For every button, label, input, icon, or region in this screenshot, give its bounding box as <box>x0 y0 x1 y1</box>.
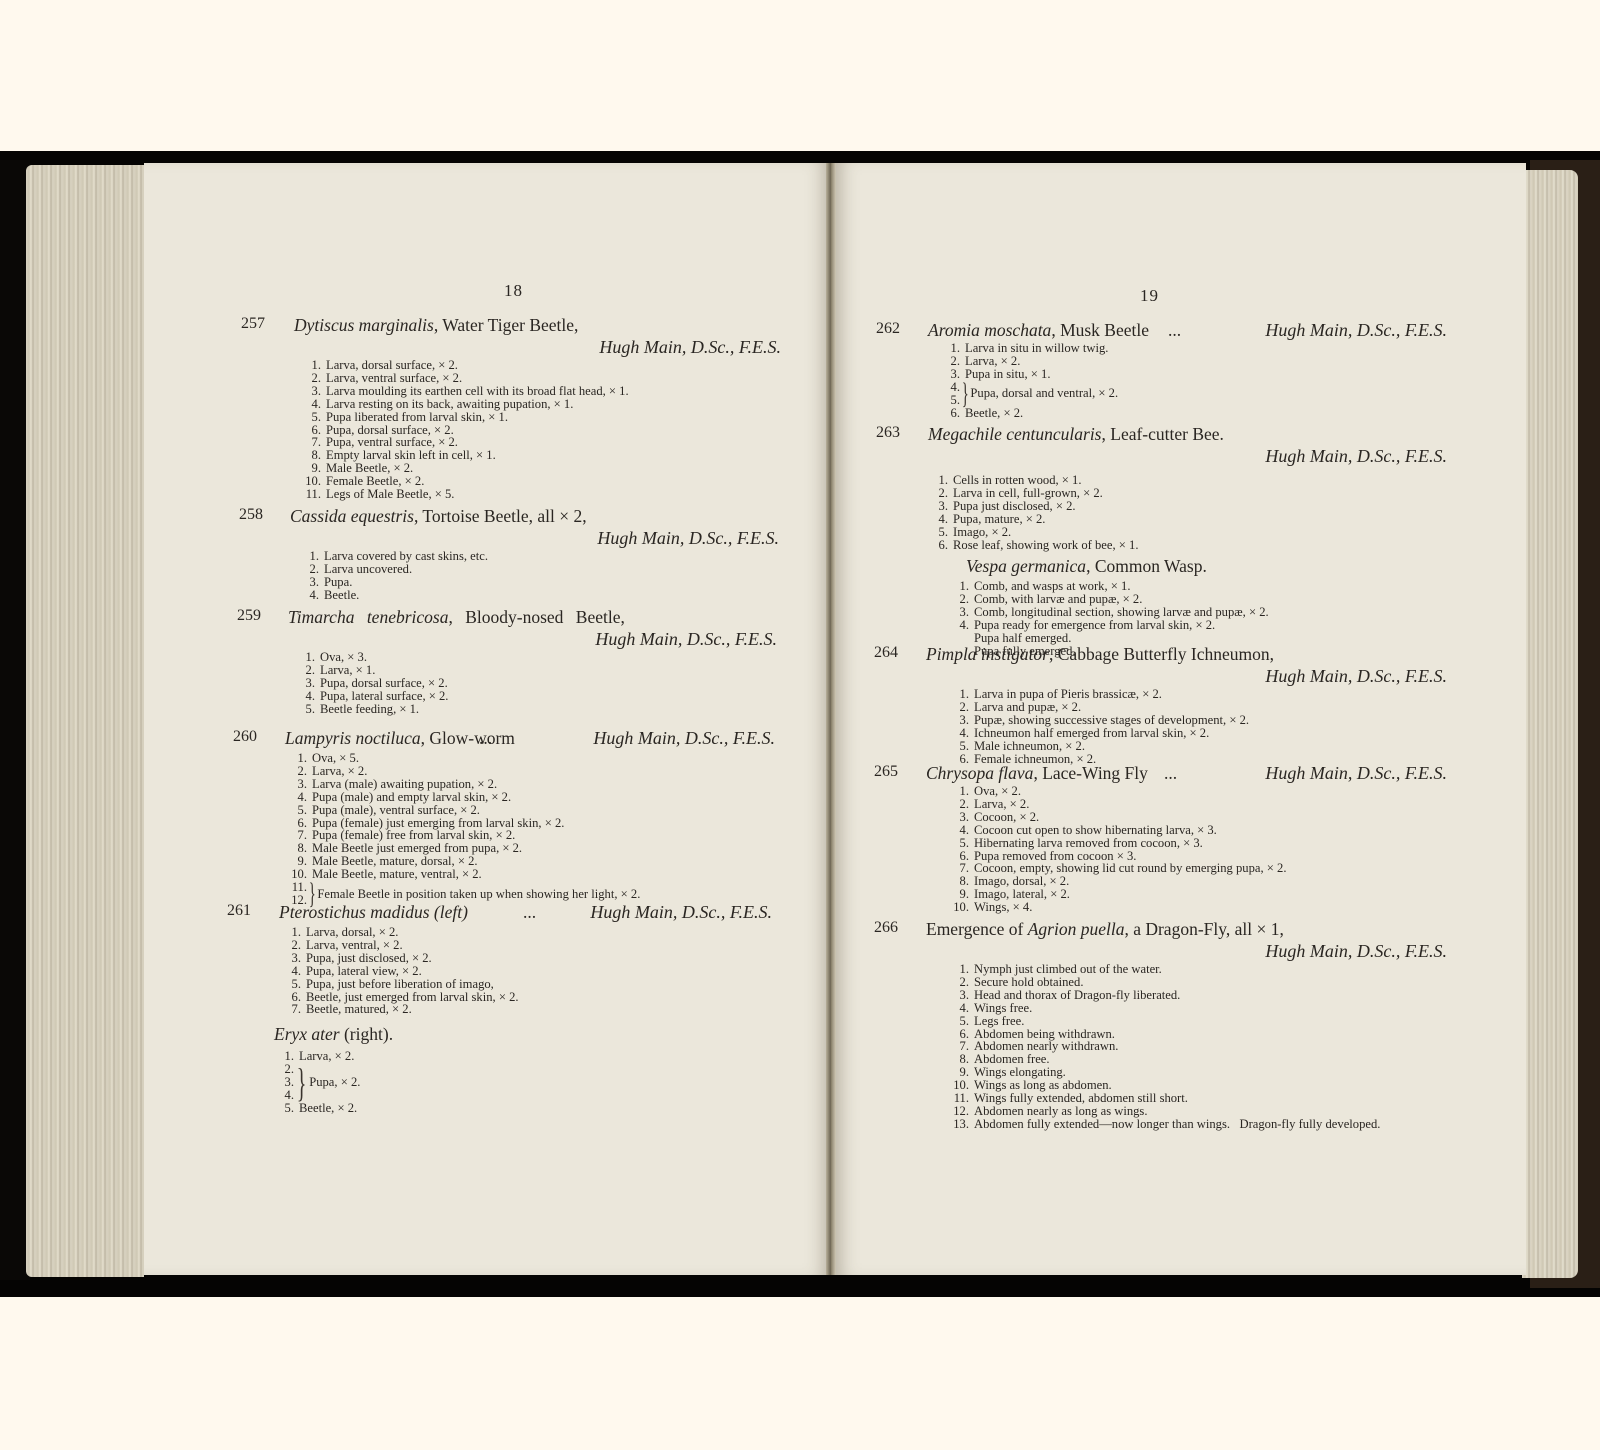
common-name: (right). <box>340 1024 393 1044</box>
species-name: Vespa germanica <box>966 556 1086 576</box>
photographer-credit: Hugh Main, D.Sc., F.E.S. <box>590 902 772 923</box>
species-name: Pimpla instigator <box>926 644 1049 664</box>
entry-number: 263 <box>876 424 900 442</box>
common-name: , a Dragon-Fly, all × 1, <box>1124 919 1283 939</box>
species-name: Dytiscus marginalis <box>294 315 434 335</box>
leader-dots: ... <box>523 902 536 923</box>
credit-line: Hugh Main, D.Sc., F.E.S. <box>874 941 1447 963</box>
entry-title: Cassida equestris, Tortoise Beetle, all … <box>290 506 587 527</box>
credit-line: Hugh Main, D.Sc., F.E.S. <box>239 528 779 550</box>
leader-dots: ... <box>1164 763 1177 784</box>
credit-line: Hugh Main, D.Sc., F.E.S. <box>241 337 781 359</box>
leader-dots: ... <box>1168 320 1181 341</box>
entry-title: Pterostichus madidus (left) <box>279 902 468 923</box>
common-name: , Lace-Wing Fly <box>1033 763 1147 783</box>
species-name: Cassida equestris <box>290 506 414 526</box>
plate-items: 1.Larva, dorsal surface, × 2. 2.Larva, v… <box>299 359 781 501</box>
plate-items: 1.Larva covered by cast skins, etc. 2.La… <box>297 550 779 602</box>
common-name: , Musk Beetle <box>1051 320 1149 340</box>
entry-heading: 258 Cassida equestris, Tortoise Beetle, … <box>239 506 779 528</box>
common-name: , Water Tiger Beetle, <box>434 315 579 335</box>
list-item: 5.Beetle, × 2. <box>272 1102 772 1115</box>
entry-heading: 265 Chrysopa flava, Lace-Wing Fly ... Hu… <box>874 763 1436 785</box>
entry-262: 262 Aromia moschata, Musk Beetle ... Hug… <box>876 320 1436 420</box>
sub-entry-heading: Vespa germanica, Common Wasp. <box>966 556 1436 578</box>
entry-title: Timarcha tenebricosa, Bloody-nosed Beetl… <box>288 607 625 628</box>
entry-heading: 266 Emergence of Agrion puella, a Dragon… <box>874 919 1436 941</box>
left-page: 18 257 Dytiscus marginalis, Water Tiger … <box>144 163 828 1275</box>
entry-title: Chrysopa flava, Lace-Wing Fly <box>926 763 1148 784</box>
common-name: , Bloody-nosed Beetle, <box>448 607 624 627</box>
entry-number: 260 <box>233 728 257 746</box>
photographer-credit: Hugh Main, D.Sc., F.E.S. <box>1265 446 1447 466</box>
entry-heading: 259 Timarcha tenebricosa, Bloody-nosed B… <box>237 607 777 629</box>
entry-257: 257 Dytiscus marginalis, Water Tiger Bee… <box>241 315 781 501</box>
entry-heading: 263 Megachile centuncularis, Leaf-cutter… <box>876 424 1436 446</box>
page-number: 19 <box>1140 286 1159 306</box>
list-item: 7.Beetle, matured, × 2. <box>279 1003 772 1016</box>
entry-number: 264 <box>874 644 898 662</box>
plate-items: 1.Ova, × 3. 2.Larva, × 1. 3.Pupa, dorsal… <box>293 651 777 716</box>
entry-number: 266 <box>874 919 898 937</box>
right-page: 19 262 Aromia moschata, Musk Beetle ... … <box>836 163 1526 1275</box>
entry-264: 264 Pimpla instigator, Cabbage Butterfly… <box>874 644 1436 765</box>
list-item: 10.Wings, × 4. <box>947 901 1436 914</box>
entry-title: Emergence of Agrion puella, a Dragon-Fly… <box>926 919 1284 940</box>
species-name: Timarcha tenebricosa <box>288 607 448 627</box>
common-name: , Cabbage Butterfly Ichneumon, <box>1049 644 1274 664</box>
plate-items: 1.Ova, × 2. 2.Larva, × 2. 3.Cocoon, × 2.… <box>947 785 1436 914</box>
entry-title: Aromia moschata, Musk Beetle <box>928 320 1149 341</box>
entry-258: 258 Cassida equestris, Tortoise Beetle, … <box>239 506 779 602</box>
entry-heading: 264 Pimpla instigator, Cabbage Butterfly… <box>874 644 1436 666</box>
list-item: 13.Abdomen fully extended—now longer tha… <box>947 1118 1436 1131</box>
entry-261: 261 Pterostichus madidus (left) ... Hugh… <box>227 902 772 1115</box>
list-item: 6.Beetle, × 2. <box>938 407 1436 420</box>
common-name: , Tortoise Beetle, all × 2, <box>414 506 587 526</box>
species-name: Eryx ater <box>274 1024 340 1044</box>
photographer-credit: Hugh Main, D.Sc., F.E.S. <box>599 337 781 357</box>
credit-line: Hugh Main, D.Sc., F.E.S. <box>876 446 1447 474</box>
photographer-credit: Hugh Main, D.Sc., F.E.S. <box>593 728 775 749</box>
photographer-credit: Hugh Main, D.Sc., F.E.S. <box>1265 941 1447 961</box>
plate-items: 1.Larva, dorsal, × 2. 2.Larva, ventral, … <box>279 926 772 1016</box>
leader-dots: ... <box>479 728 492 749</box>
list-item: 1.Larva, × 2. <box>272 1050 772 1063</box>
entry-number: 257 <box>241 315 265 333</box>
common-name: , Leaf-cutter Bee. <box>1102 424 1224 444</box>
credit-line: Hugh Main, D.Sc., F.E.S. <box>237 629 777 651</box>
entry-number: 262 <box>876 320 900 338</box>
entry-266: 266 Emergence of Agrion puella, a Dragon… <box>874 919 1436 1131</box>
plate-items: 1.Larva in pupa of Pieris brassicæ, × 2.… <box>947 688 1436 765</box>
common-name: , Common Wasp. <box>1086 556 1207 576</box>
entry-number: 265 <box>874 763 898 781</box>
sub-entry-heading: Eryx ater (right). <box>274 1024 772 1046</box>
common-name: (left) <box>430 902 468 922</box>
list-item: 6.Rose leaf, showing work of bee, × 1. <box>926 539 1436 552</box>
list-item: 10.Male Beetle, mature, ventral, × 2. <box>285 868 775 881</box>
plate-items: 1.Larva, × 2. 2.3.4.}Pupa, × 2. 5.Beetle… <box>272 1050 772 1115</box>
photographer-credit: Hugh Main, D.Sc., F.E.S. <box>1265 320 1447 341</box>
credit-line: Hugh Main, D.Sc., F.E.S. <box>874 666 1447 688</box>
entry-title: Vespa germanica, Common Wasp. <box>966 556 1207 577</box>
entry-heading: 262 Aromia moschata, Musk Beetle ... Hug… <box>876 320 1436 342</box>
entry-title: Pimpla instigator, Cabbage Butterfly Ich… <box>926 644 1274 665</box>
species-name: Pterostichus madidus <box>279 902 430 922</box>
entry-number: 259 <box>237 607 261 625</box>
plate-items: 1.Nymph just climbed out of the water. 2… <box>947 963 1436 1131</box>
brace-icon: } <box>962 381 969 407</box>
page-edges-right <box>1522 170 1578 1278</box>
bracketed-items: 4.5.}Pupa, dorsal and ventral, × 2. <box>938 381 1436 407</box>
entry-heading: 260 Lampyris noctiluca, Glow-worm ... Hu… <box>233 728 775 750</box>
species-name: Aromia moschata <box>928 320 1051 340</box>
list-item: 3.Pupa in situ, × 1. <box>938 368 1436 381</box>
common-name: , Glow-worm <box>421 728 515 748</box>
plate-items: 1.Cells in rotten wood, × 1. 2.Larva in … <box>926 474 1436 551</box>
list-item: 4.Beetle. <box>297 589 779 602</box>
page-edges-left <box>26 165 144 1277</box>
plate-items: 1.Larva in situ in willow twig. 2.Larva,… <box>938 342 1436 420</box>
species-name: Chrysopa flava <box>926 763 1033 783</box>
photographer-credit: Hugh Main, D.Sc., F.E.S. <box>597 528 779 548</box>
species-name: Megachile centuncularis <box>928 424 1102 444</box>
book-gutter <box>826 163 836 1275</box>
species-name: Lampyris noctiluca <box>285 728 421 748</box>
entry-number: 261 <box>227 902 251 920</box>
bracketed-items: 2.3.4.}Pupa, × 2. <box>272 1063 772 1102</box>
entry-title: Eryx ater (right). <box>274 1024 393 1045</box>
entry-number: 258 <box>239 506 263 524</box>
entry-heading: 261 Pterostichus madidus (left) ... Hugh… <box>227 902 772 924</box>
list-item: 2.Larva uncovered. <box>297 563 779 576</box>
entry-title: Dytiscus marginalis, Water Tiger Beetle, <box>294 315 578 336</box>
plate-items: 1.Ova, × 5. 2.Larva, × 2. 3.Larva (male)… <box>285 752 775 907</box>
entry-265: 265 Chrysopa flava, Lace-Wing Fly ... Hu… <box>874 763 1436 914</box>
photographer-credit: Hugh Main, D.Sc., F.E.S. <box>1265 666 1447 686</box>
species-name: Agrion puella <box>1028 919 1125 939</box>
entry-260: 260 Lampyris noctiluca, Glow-worm ... Hu… <box>233 728 775 907</box>
page-number: 18 <box>504 281 523 301</box>
entry-heading: 257 Dytiscus marginalis, Water Tiger Bee… <box>241 315 781 337</box>
list-item: 11.Legs of Male Beetle, × 5. <box>299 488 781 501</box>
entry-259: 259 Timarcha tenebricosa, Bloody-nosed B… <box>237 607 777 716</box>
list-item: 5.Beetle feeding, × 1. <box>293 703 777 716</box>
title-prefix: Emergence of <box>926 919 1028 939</box>
entry-263: 263 Megachile centuncularis, Leaf-cutter… <box>876 424 1436 658</box>
entry-title: Megachile centuncularis, Leaf-cutter Bee… <box>928 424 1224 445</box>
list-item: 3.Pupa. <box>297 576 779 589</box>
photographer-credit: Hugh Main, D.Sc., F.E.S. <box>595 629 777 649</box>
brace-icon: } <box>297 1064 307 1102</box>
photographer-credit: Hugh Main, D.Sc., F.E.S. <box>1265 763 1447 784</box>
